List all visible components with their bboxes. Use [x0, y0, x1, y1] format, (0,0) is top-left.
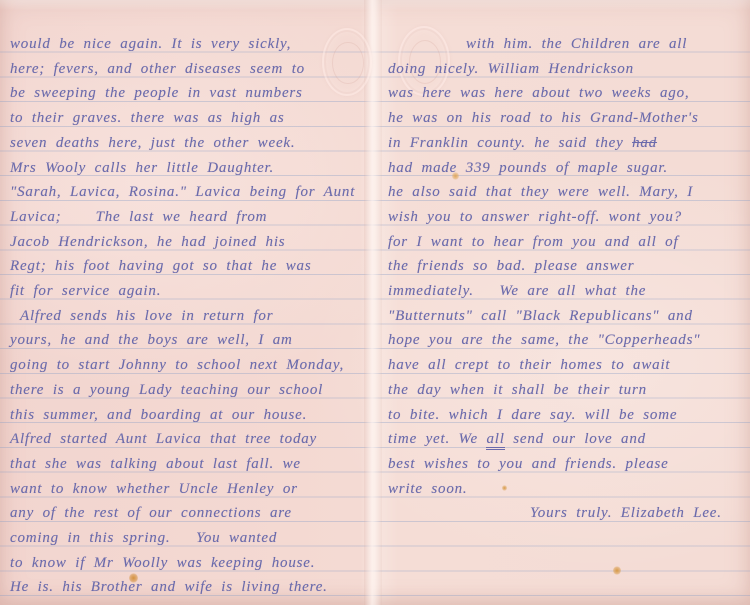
handwriting-line: "Sarah, Lavica, Rosina." Lavica being fo… — [0, 182, 372, 204]
handwriting-line: Regt; his foot having got so that he was — [0, 256, 372, 278]
letter-page-right: with him. the Children are alldoing nice… — [378, 0, 750, 605]
handwriting-line: seven deaths here, just the other week. — [0, 133, 372, 155]
text-segment: Yours truly. Elizabeth Lee. — [530, 505, 722, 521]
text-segment: want to know whether Uncle Henley or — [10, 481, 298, 497]
text-segment: best wishes to you and friends. please — [388, 456, 669, 472]
text-segment: Alfred started Aunt Lavica that tree tod… — [10, 431, 317, 447]
text-segment: would be nice again. It is very sickly, — [10, 36, 291, 52]
handwriting-line: any of the rest of our connections are — [0, 503, 372, 525]
handwriting-line: Jacob Hendrickson, he had joined his — [0, 232, 372, 254]
text-segment: "Butternuts" call "Black Republicans" an… — [388, 308, 693, 324]
text-segment: all — [486, 431, 504, 450]
text-segment: Jacob Hendrickson, he had joined his — [10, 234, 285, 250]
handwriting-line: in Franklin county. he said they had — [378, 133, 750, 155]
handwriting-line: the friends so bad. please answer — [378, 256, 750, 278]
text-segment: this summer, and boarding at our house. — [10, 407, 307, 423]
text-segment: Lavica; The last we heard from — [10, 209, 267, 225]
handwriting-line: he was on his road to his Grand-Mother's — [378, 108, 750, 130]
handwriting-line: fit for service again. — [0, 281, 372, 303]
handwriting-line: Lavica; The last we heard from — [0, 207, 372, 229]
text-segment: "Sarah, Lavica, Rosina." Lavica being fo… — [10, 184, 355, 200]
text-segment: seven deaths here, just the other week. — [10, 135, 295, 151]
text-segment: he was on his road to his Grand-Mother's — [388, 110, 699, 126]
handwriting-line: want to know whether Uncle Henley or — [0, 479, 372, 501]
text-segment: have all crept to their homes to await — [388, 357, 670, 373]
text-segment: hope you are the same, the "Copperheads" — [388, 332, 700, 348]
handwriting-line: time yet. We all send our love and — [378, 429, 750, 451]
handwriting-line: here; fevers, and other diseases seem to — [0, 59, 372, 81]
text-segment: the day when it shall be their turn — [388, 382, 647, 398]
handwriting-line: "Butternuts" call "Black Republicans" an… — [378, 306, 750, 328]
handwriting-line: to their graves. there was as high as — [0, 108, 372, 130]
letter-page-left: would be nice again. It is very sickly,h… — [0, 0, 372, 605]
text-segment: he also said that they were well. Mary, … — [388, 184, 693, 200]
text-segment: that she was talking about last fall. we — [10, 456, 301, 472]
handwriting-line: hope you are the same, the "Copperheads" — [378, 330, 750, 352]
handwriting-line: Yours truly. Elizabeth Lee. — [378, 503, 750, 525]
text-segment: to bite. which I dare say. will be some — [388, 407, 677, 423]
handwriting-line: with him. the Children are all — [378, 34, 750, 56]
text-segment: immediately. We are all what the — [388, 283, 646, 299]
handwriting-line: write soon. — [378, 479, 750, 501]
letter-scan: would be nice again. It is very sickly,h… — [0, 0, 750, 605]
text-segment: in Franklin county. he said they — [388, 135, 632, 151]
text-segment: had — [632, 135, 657, 151]
handwriting-line: this summer, and boarding at our house. — [0, 405, 372, 427]
handwriting-line: Mrs Wooly calls her little Daughter. — [0, 158, 372, 180]
text-segment: any of the rest of our connections are — [10, 505, 292, 521]
handwriting-line: would be nice again. It is very sickly, — [0, 34, 372, 56]
text-segment: Regt; his foot having got so that he was — [10, 258, 312, 274]
text-segment: Alfred sends his love in return for — [20, 308, 273, 324]
handwriting-line: be sweeping the people in vast numbers — [0, 83, 372, 105]
handwriting-line: that she was talking about last fall. we — [0, 454, 372, 476]
text-segment: He is. his Brother and wife is living th… — [10, 579, 328, 595]
text-segment: the friends so bad. please answer — [388, 258, 634, 274]
handwriting-line: to know if Mr Woolly was keeping house. — [0, 553, 372, 575]
handwriting-line: have all crept to their homes to await — [378, 355, 750, 377]
text-segment: send our love and — [505, 431, 646, 447]
text-segment: for I want to hear from you and all of — [388, 234, 678, 250]
handwriting-line: going to start Johnny to school next Mon… — [0, 355, 372, 377]
text-segment: with him. the Children are all — [466, 36, 687, 52]
handwriting-line: he also said that they were well. Mary, … — [378, 182, 750, 204]
text-segment: to know if Mr Woolly was keeping house. — [10, 555, 315, 571]
text-segment: time yet. We — [388, 431, 486, 447]
text-segment: doing nicely. William Hendrickson — [388, 61, 634, 77]
handwriting-line: the day when it shall be their turn — [378, 380, 750, 402]
handwriting-line: yours, he and the boys are well, I am — [0, 330, 372, 352]
handwriting-line: wish you to answer right-off. wont you? — [378, 207, 750, 229]
text-segment: yours, he and the boys are well, I am — [10, 332, 293, 348]
handwriting-line: there is a young Lady teaching our schoo… — [0, 380, 372, 402]
text-segment: fit for service again. — [10, 283, 161, 299]
text-segment: write soon. — [388, 481, 467, 497]
text-segment: was here was here about two weeks ago, — [388, 85, 689, 101]
handwriting-line: immediately. We are all what the — [378, 281, 750, 303]
text-segment: wish you to answer right-off. wont you? — [388, 209, 682, 225]
text-segment: Mrs Wooly calls her little Daughter. — [10, 160, 274, 176]
handwriting-line: to bite. which I dare say. will be some — [378, 405, 750, 427]
handwriting-line: Alfred started Aunt Lavica that tree tod… — [0, 429, 372, 451]
text-segment: here; fevers, and other diseases seem to — [10, 61, 305, 77]
text-segment: going to start Johnny to school next Mon… — [10, 357, 344, 373]
handwriting-line: He is. his Brother and wife is living th… — [0, 577, 372, 599]
text-segment: be sweeping the people in vast numbers — [10, 85, 303, 101]
handwriting-line: doing nicely. William Hendrickson — [378, 59, 750, 81]
handwriting-line: was here was here about two weeks ago, — [378, 83, 750, 105]
text-segment: to their graves. there was as high as — [10, 110, 285, 126]
text-segment: there is a young Lady teaching our schoo… — [10, 382, 323, 398]
text-segment: coming in this spring. You wanted — [10, 530, 277, 546]
handwriting-line: had made 339 pounds of maple sugar. — [378, 158, 750, 180]
handwriting-line: best wishes to you and friends. please — [378, 454, 750, 476]
handwriting-line: for I want to hear from you and all of — [378, 232, 750, 254]
text-segment: had made 339 pounds of maple sugar. — [388, 160, 668, 176]
handwriting-line: Alfred sends his love in return for — [0, 306, 372, 328]
handwriting-line: coming in this spring. You wanted — [0, 528, 372, 550]
